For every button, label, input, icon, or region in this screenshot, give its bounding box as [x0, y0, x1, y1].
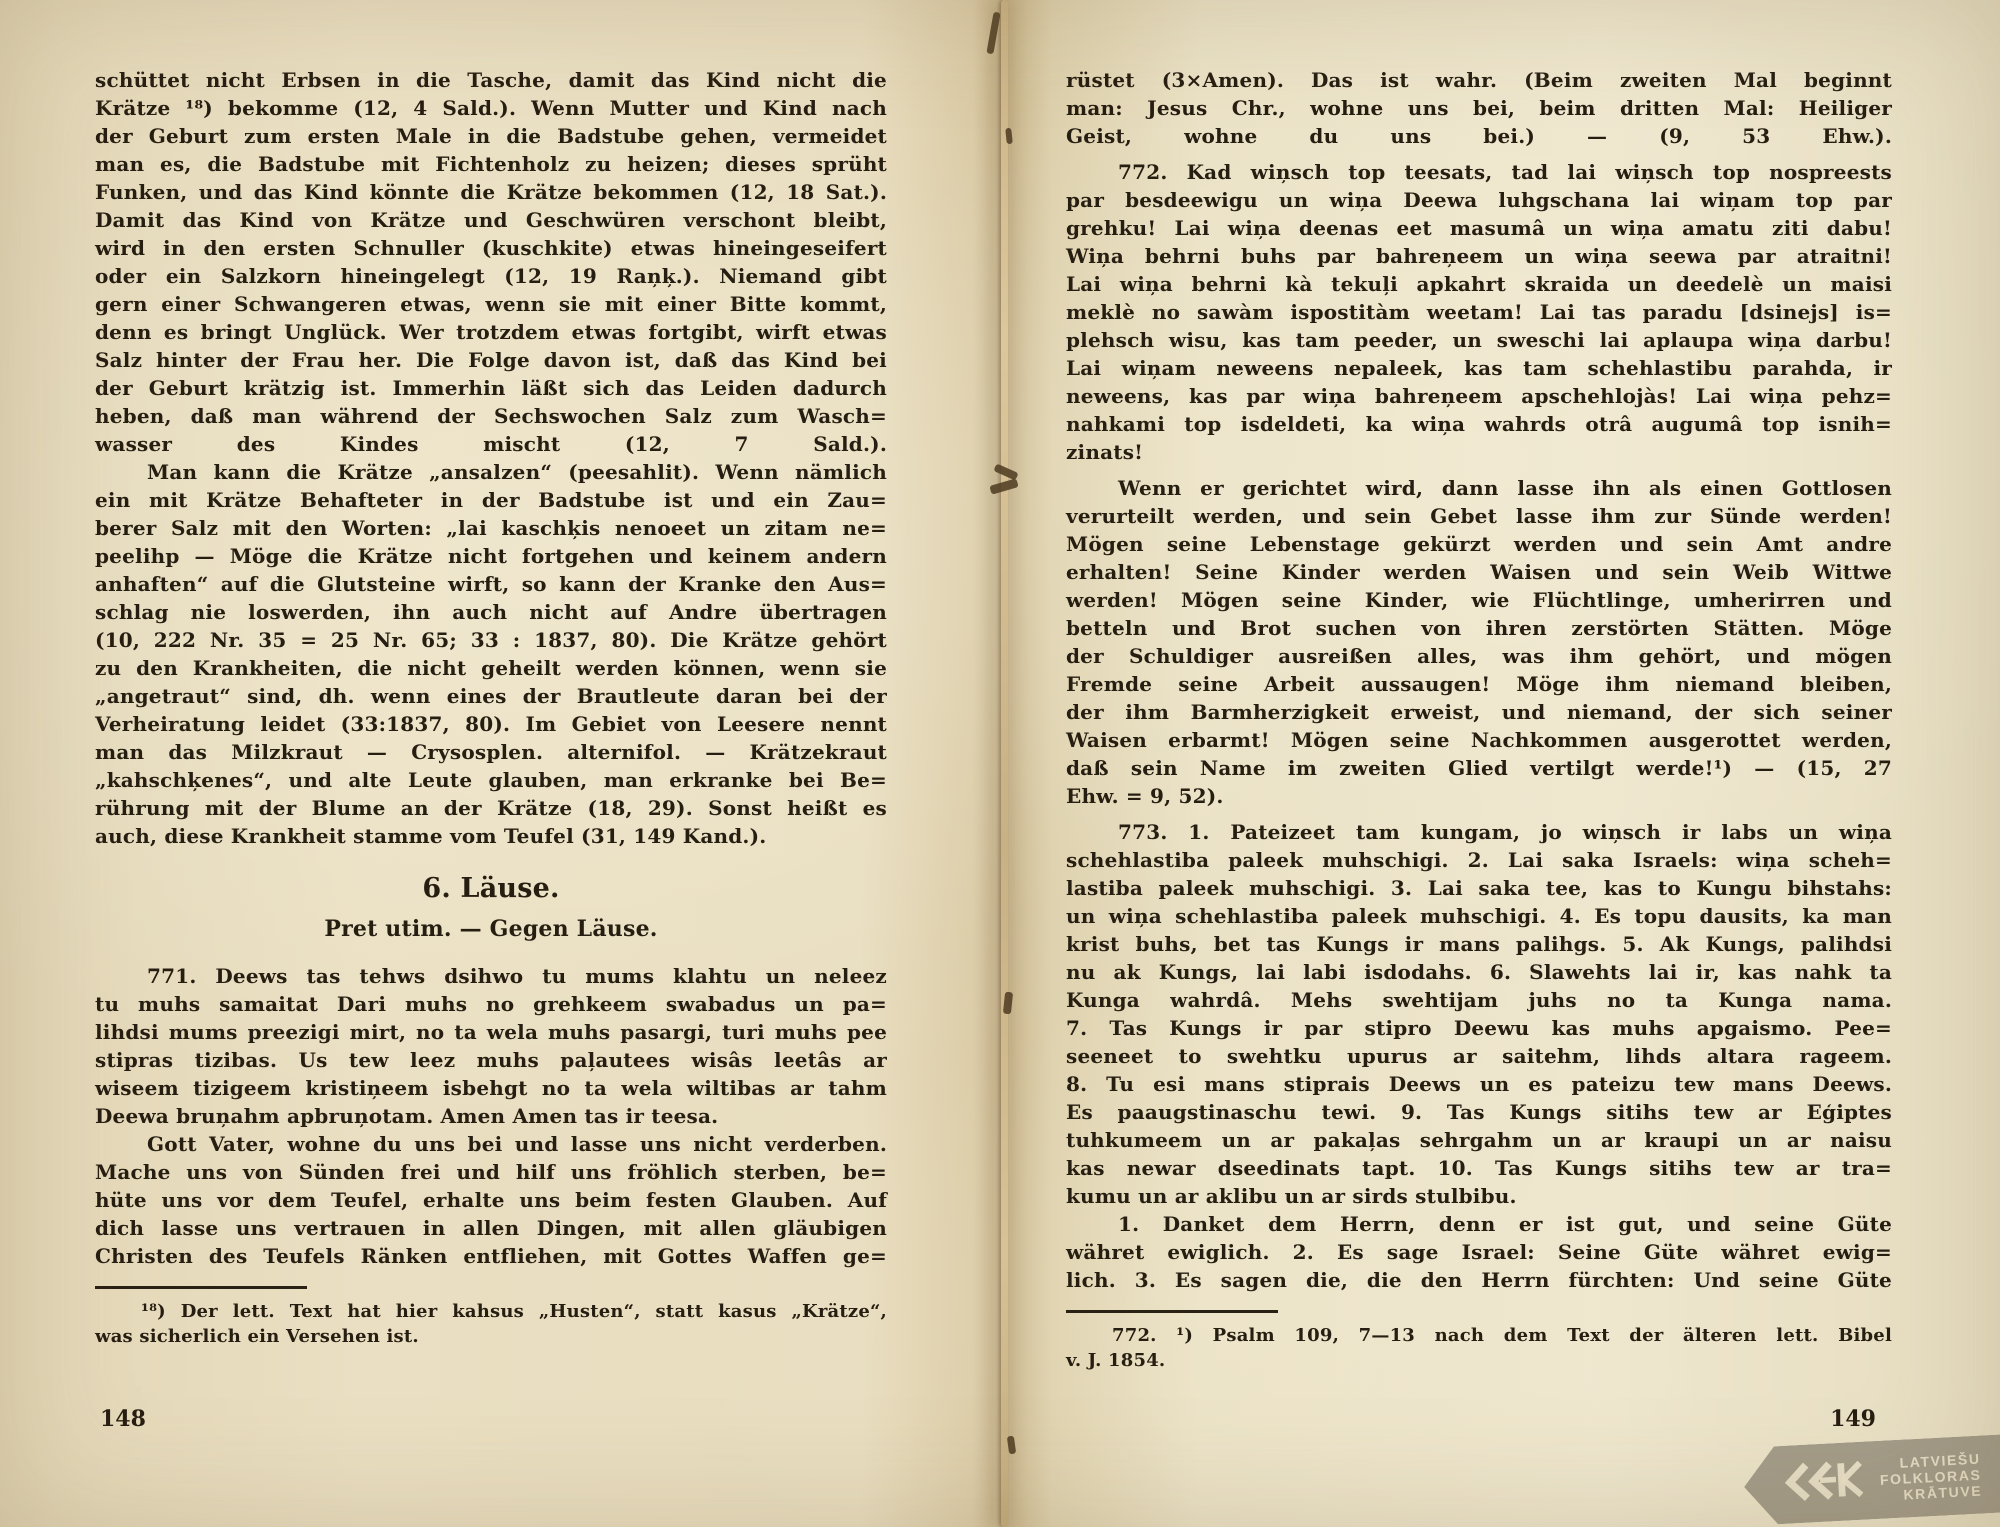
text-line: man es, die Badstube mit Fichtenholz zu …: [95, 150, 887, 178]
text-line: Damit das Kind von Krätze und Geschwüren…: [95, 206, 887, 234]
text-line: 771. Deews tas tehws dsihwo tu mums klah…: [95, 962, 887, 990]
lfk-chevron-logo-icon: [1781, 1454, 1870, 1512]
text-line: (10, 222 Nr. 35 = 25 Nr. 65; 33 : 1837, …: [95, 626, 887, 654]
binding-stitch: [1003, 992, 1013, 1015]
text-line: 7. Tas Kungs ir par stipro Deewu kas muh…: [1066, 1014, 1892, 1042]
text-line: Mache uns von Sünden frei und hilf uns f…: [95, 1158, 887, 1186]
binding-stitch: [1007, 1436, 1016, 1455]
text-line: zu den Krankheiten, die nicht geheilt we…: [95, 654, 887, 682]
text-line: dich lasse uns vertrauen in allen Dingen…: [95, 1214, 887, 1242]
text-line: 772. Kad wiņsch top teesats, tad lai wiņ…: [1066, 158, 1892, 186]
text-line: Christen des Teufels Ränken entfliehen, …: [95, 1242, 887, 1270]
text-line: man das Milzkraut — Crysosplen. alternif…: [95, 738, 887, 766]
text-line: der ihm Barmherzigkeit erweist, und niem…: [1066, 698, 1892, 726]
text-line: seeneet to swehtku upurus ar saitehm, li…: [1066, 1042, 1892, 1070]
text-line: lastiba paleek muhschigi. 3. Lai saka te…: [1066, 874, 1892, 902]
text-line: nahkami top isdeldeti, ka wiņa wahrds ot…: [1066, 410, 1892, 438]
paragraph-772-german: Wenn er gerichtet wird, dann lasse ihn a…: [1066, 474, 1892, 810]
text-line: wird in den ersten Schnuller (kuschkite)…: [95, 234, 887, 262]
text-line: Salz hinter der Frau her. Die Folge davo…: [95, 346, 887, 374]
paragraph-kraetze-continued: schüttet nicht Erbsen in die Tasche, dam…: [95, 66, 887, 458]
text-line: Gott Vater, wohne du uns bei und lasse u…: [95, 1130, 887, 1158]
page-number-149: 149: [1066, 1406, 1876, 1432]
text-line: rührung mit der Blume an der Krätze (18,…: [95, 794, 887, 822]
text-line: Mögen seine Lebenstage gekürzt werden un…: [1066, 530, 1892, 558]
text-line: verurteilt werden, und sein Gebet lasse …: [1066, 502, 1892, 530]
text-line: 772. ¹) Psalm 109, 7—13 nach dem Text de…: [1066, 1323, 1892, 1348]
binding-stitch: [1005, 128, 1013, 145]
lfk-watermark-banner: LATVIEŠU FOLKLORAS KRĀTUVE: [1742, 1434, 2000, 1526]
text-line: heben, daß man während der Sechswochen S…: [95, 402, 887, 430]
text-line: neweens, kas par wiņa bahreņeem apschehl…: [1066, 382, 1892, 410]
text-line: grehku! Lai wiņa deenas eet masumâ un wi…: [1066, 214, 1892, 242]
text-line: Lai wiņam neweens nepaleek, kas tam sche…: [1066, 354, 1892, 382]
text-line: Lai wiņa behrni kà tekuļi apkahrt skraid…: [1066, 270, 1892, 298]
text-line: 8. Tu esi mans stiprais Deews un es pate…: [1066, 1070, 1892, 1098]
text-line: Kunga wahrdâ. Mehs swehtijam juhs no ta …: [1066, 986, 1892, 1014]
footnote-rule-right: [1066, 1310, 1278, 1313]
text-line: zinats!: [1066, 438, 1892, 466]
text-line: der Schuldiger ausreißen alles, was ihm …: [1066, 642, 1892, 670]
text-line: gern einer Schwangeren etwas, wenn sie m…: [95, 290, 887, 318]
text-line: lihdsi mums preezigi mirt, no ta wela mu…: [95, 1018, 887, 1046]
text-line: betteln und Brot suchen von ihren zerstö…: [1066, 614, 1892, 642]
text-line: schehlastiba paleek muhschigi. 2. Lai sa…: [1066, 846, 1892, 874]
text-line: Wenn er gerichtet wird, dann lasse ihn a…: [1066, 474, 1892, 502]
text-line: man: Jesus Chr., wohne uns bei, beim dri…: [1066, 94, 1892, 122]
text-line: der Geburt zum ersten Male in die Badstu…: [95, 122, 887, 150]
text-line: par besdeewigu un wiņa Deewa luhgschana …: [1066, 186, 1892, 214]
text-line: nu ak Kungs, lai labi isdodahs. 6. Slawe…: [1066, 958, 1892, 986]
text-line: der Geburt krätzig ist. Immerhin läßt si…: [95, 374, 887, 402]
text-line: stipras tizibas. Us tew leez muhs paļaut…: [95, 1046, 887, 1074]
text-line: Es paaugstinaschu tewi. 9. Tas Kungs sit…: [1066, 1098, 1892, 1126]
text-line: lich. 3. Es sagen die, die den Herrn für…: [1066, 1266, 1892, 1294]
page-left: schüttet nicht Erbsen in die Tasche, dam…: [95, 66, 887, 1349]
paragraph-ruestet-continued: rüstet (3×Amen). Das ist wahr. (Beim zwe…: [1066, 66, 1892, 150]
paragraph-ansalzen: Man kann die Krätze „ansalzen“ (peesahli…: [95, 458, 887, 850]
text-line: daß sein Name im zweiten Glied vertilgt …: [1066, 754, 1892, 782]
text-line: „angetraut“ sind, dh. wenn eines der Bra…: [95, 682, 887, 710]
text-line: Fremde seine Arbeit aussaugen! Möge ihm …: [1066, 670, 1892, 698]
text-line: un wiņa schehlastiba paleek muhschigi. 4…: [1066, 902, 1892, 930]
text-line: kas newar dseedinats tapt. 10. Tas Kungs…: [1066, 1154, 1892, 1182]
section-subheading-pret-utim: Pret utim. — Gegen Läuse.: [95, 916, 887, 942]
text-line: Verheiratung leidet (33:1837, 80). Im Ge…: [95, 710, 887, 738]
footnote-rule-left: [95, 1286, 307, 1289]
paragraph-773: 773. 1. Pateizeet tam kungam, jo wiņsch …: [1066, 818, 1892, 1210]
text-line: Funken, und das Kind könnte die Krätze b…: [95, 178, 887, 206]
text-line: 1. Danket dem Herrn, denn er ist gut, un…: [1066, 1210, 1892, 1238]
binding-stitch: [986, 12, 1000, 55]
text-line: schüttet nicht Erbsen in die Tasche, dam…: [95, 66, 887, 94]
text-line: denn es bringt Unglück. Wer trotzdem etw…: [95, 318, 887, 346]
binding-gutter-edge: [1001, 0, 1008, 1527]
paragraph-772: 772. Kad wiņsch top teesats, tad lai wiņ…: [1066, 158, 1892, 466]
text-line: „kahschķenes“, und alte Leute glauben, m…: [95, 766, 887, 794]
text-line: kumu un ar aklibu un ar sirds stulbibu.: [1066, 1182, 1892, 1210]
text-line: peelihp — Möge die Krätze nicht fortgehe…: [95, 542, 887, 570]
text-line: oder ein Salzkorn hineingelegt (12, 19 R…: [95, 262, 887, 290]
text-line: schlag nie loswerden, ihn auch nicht auf…: [95, 598, 887, 626]
text-line: Ehw. = 9, 52).: [1066, 782, 1892, 810]
text-line: tuhkumeem un ar pakaļas sehrgahm un ar k…: [1066, 1126, 1892, 1154]
text-line: hüte uns vor dem Teufel, erhalte uns bei…: [95, 1186, 887, 1214]
text-line: auch, diese Krankheit stamme vom Teufel …: [95, 822, 887, 850]
footnote-left: ¹⁸) Der lett. Text hat hier kahsus „Hust…: [95, 1299, 887, 1349]
page-right: rüstet (3×Amen). Das ist wahr. (Beim zwe…: [1066, 66, 1892, 1373]
text-line: Deewa bruņahm apbruņotam. Amen Amen tas …: [95, 1102, 887, 1130]
page-number-148: 148: [100, 1406, 146, 1432]
paragraph-771: 771. Deews tas tehws dsihwo tu mums klah…: [95, 962, 887, 1130]
lfk-org-line: KRĀTUVE: [1903, 1483, 1983, 1503]
text-line: werden! Mögen seine Kinder, wie Flüchtli…: [1066, 586, 1892, 614]
text-line: Krätze ¹⁸) bekomme (12, 4 Sald.). Wenn M…: [95, 94, 887, 122]
text-line: tu muhs samaitat Dari muhs no grehkeem s…: [95, 990, 887, 1018]
text-line: anhaften“ auf die Glutsteine wirft, so k…: [95, 570, 887, 598]
text-line: plehsch wisu, kas tam peeder, un sweschi…: [1066, 326, 1892, 354]
text-line: krist buhs, bet tas Kungs ir mans palihg…: [1066, 930, 1892, 958]
footnote-right: 772. ¹) Psalm 109, 7—13 nach dem Text de…: [1066, 1323, 1892, 1373]
text-line: wiseem tizigeem kristiņeem isbehgt no ta…: [95, 1074, 887, 1102]
text-line: wasser des Kindes mischt (12, 7 Sald.).: [95, 430, 887, 458]
text-line: Man kann die Krätze „ansalzen“ (peesahli…: [95, 458, 887, 486]
text-line: ¹⁸) Der lett. Text hat hier kahsus „Hust…: [95, 1299, 887, 1324]
text-line: Wiņa behrni buhs par bahreņeem un wiņa s…: [1066, 242, 1892, 270]
text-line: Geist, wohne du uns bei.) — (9, 53 Ehw.)…: [1066, 122, 1892, 150]
book-scan: schüttet nicht Erbsen in die Tasche, dam…: [0, 0, 2000, 1527]
paragraph-danket: 1. Danket dem Herrn, denn er ist gut, un…: [1066, 1210, 1892, 1294]
text-line: 773. 1. Pateizeet tam kungam, jo wiņsch …: [1066, 818, 1892, 846]
text-line: erhalten! Seine Kinder werden Waisen und…: [1066, 558, 1892, 586]
text-line: meklè no sawàm ispostitàm weetam! Lai ta…: [1066, 298, 1892, 326]
text-line: berer Salz mit den Worten: „lai kaschķis…: [95, 514, 887, 542]
text-line: was sicherlich ein Versehen ist.: [95, 1324, 887, 1349]
lfk-watermark-text: LATVIEŠU FOLKLORAS KRĀTUVE: [1879, 1451, 1983, 1504]
text-line: v. J. 1854.: [1066, 1348, 1892, 1373]
text-line: Waisen erbarmt! Mögen seine Nachkommen a…: [1066, 726, 1892, 754]
paragraph-771-german: Gott Vater, wohne du uns bei und lasse u…: [95, 1130, 887, 1270]
text-line: währet ewiglich. 2. Es sage Israel: Sein…: [1066, 1238, 1892, 1266]
section-heading-laeuse: 6. Läuse.: [95, 874, 887, 904]
text-line: rüstet (3×Amen). Das ist wahr. (Beim zwe…: [1066, 66, 1892, 94]
text-line: ein mit Krätze Behafteter in der Badstub…: [95, 486, 887, 514]
